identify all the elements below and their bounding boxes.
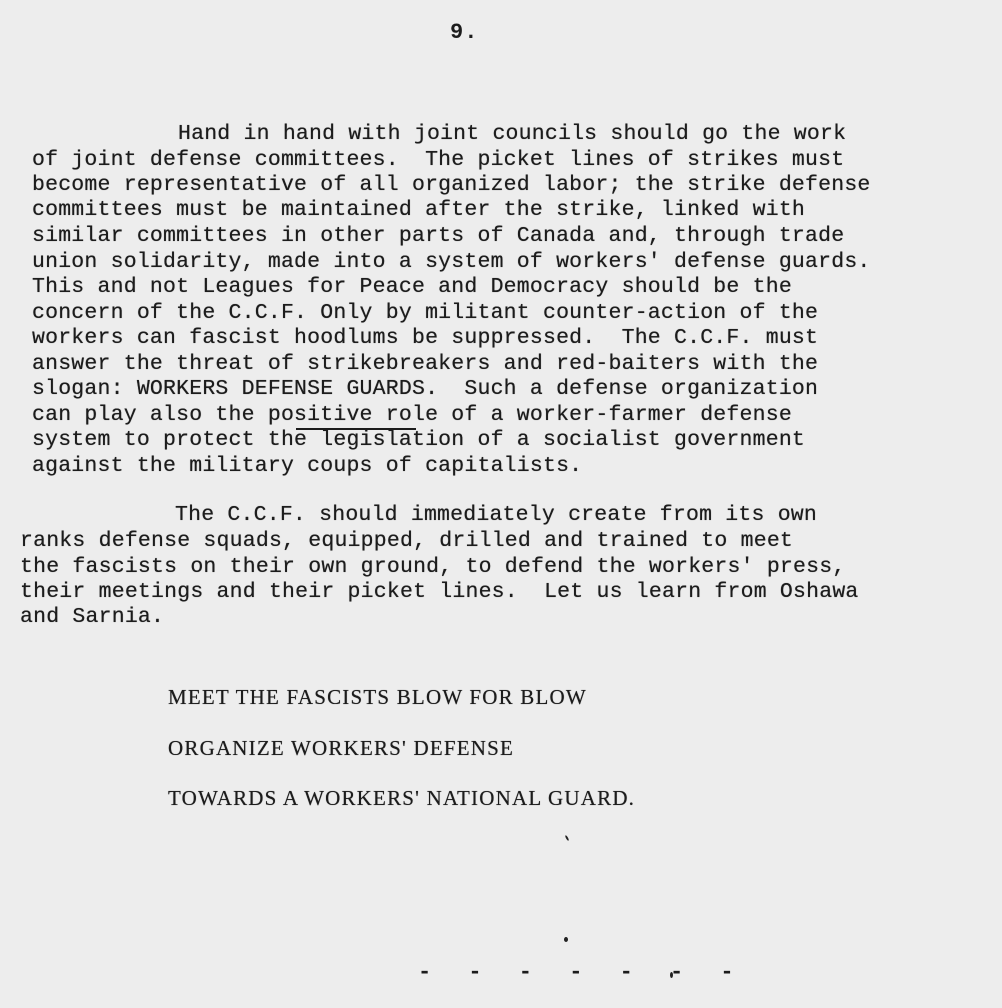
slogan-line: MEET THE FASCISTS BLOW FOR BLOW [168,685,587,710]
paragraph-line: system to protect the legislation of a s… [32,428,805,452]
paragraph-line: This and not Leagues for Peace and Democ… [32,275,792,299]
paragraph-line: of joint defense committees. The picket … [32,148,844,172]
end-of-page-mark: - - - - - - - [418,960,746,985]
paragraph-line: The C.C.F. should immediately create fro… [175,503,817,527]
ink-speck [564,937,568,942]
paragraph-line: ranks defense squads, equipped, drilled … [20,529,793,553]
slogan-line: ORGANIZE WORKERS' DEFENSE [168,736,514,761]
paragraph-line: become representative of all organized l… [32,173,871,197]
paragraph-line: can play also the positive role of a wor… [32,403,792,427]
paragraph-line: similar committees in other parts of Can… [32,224,844,248]
paragraph-line: their meetings and their picket lines. L… [20,580,859,604]
paragraph-line: slogan: WORKERS DEFENSE GUARDS. Such a d… [32,377,818,401]
paragraph-line: committees must be maintained after the … [32,198,805,222]
paragraph-line: and Sarnia. [20,605,164,629]
paragraph-line: against the military coups of capitalist… [32,454,582,478]
paragraph-line: concern of the C.C.F. Only by militant c… [32,301,818,325]
paragraph-line: Hand in hand with joint councils should … [178,122,846,146]
ink-speck [565,835,570,841]
slogan-line: TOWARDS A WORKERS' NATIONAL GUARD. [168,786,635,811]
paragraph-line: workers can fascist hoodlums be suppress… [32,326,818,350]
paragraph-line: the fascists on their own ground, to def… [20,555,845,579]
page-number: 9. [450,20,478,45]
paragraph-line: answer the threat of strikebreakers and … [32,352,818,376]
paragraph-line: union solidarity, made into a system of … [32,250,871,274]
typewritten-page: 9. Hand in hand with joint councils shou… [0,0,1002,1008]
